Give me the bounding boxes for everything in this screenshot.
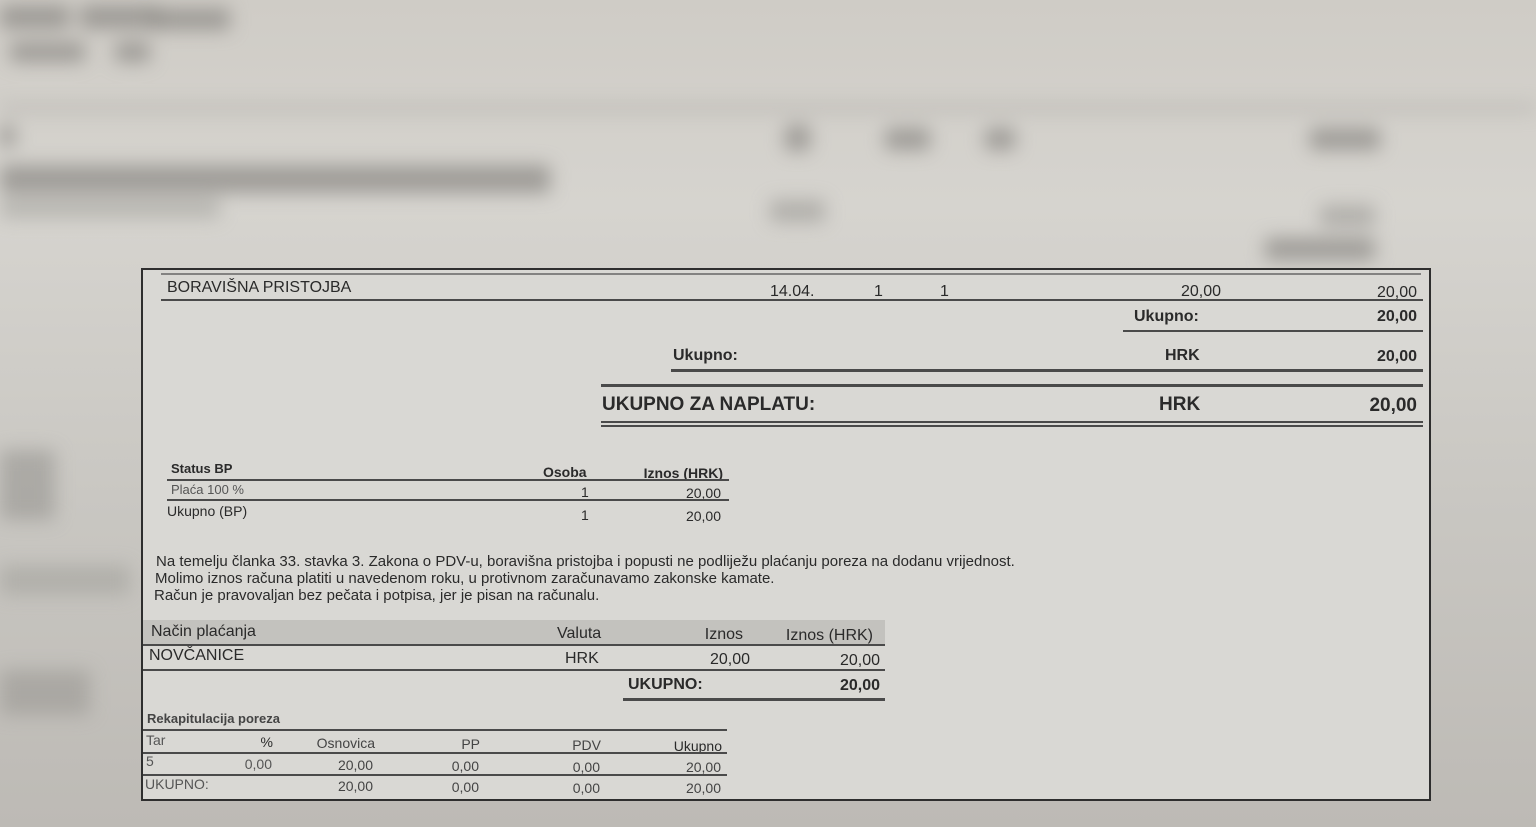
tax-row-pdv: 0,00: [523, 759, 600, 775]
tax-total-pdv: 0,00: [523, 780, 600, 796]
grand-total-currency: HRK: [1159, 394, 1200, 416]
payment-method: NOVČANICE: [149, 647, 244, 665]
bp-total-label: Ukupno (BP): [167, 503, 247, 519]
bp-header-osoba: Osoba: [543, 464, 587, 480]
total-label: Ukupno:: [673, 347, 738, 365]
bp-row-status: Plaća 100 %: [171, 482, 244, 497]
payment-header-amount: Iznos: [663, 626, 743, 644]
total-value: 20,00: [1329, 348, 1417, 366]
payment-header-method: Način plaćanja: [151, 623, 256, 641]
subtotal-value: 20,00: [1329, 308, 1417, 326]
payment-header-amount-hrk: Iznos (HRK): [753, 627, 873, 645]
payment-amount-hrk: 20,00: [783, 652, 880, 670]
payment-currency: HRK: [565, 650, 599, 668]
bp-total-osoba: 1: [581, 507, 589, 523]
tax-total-ukupno: 20,00: [633, 780, 721, 796]
payment-amount: 20,00: [663, 651, 750, 669]
tax-header-tar: Tar: [146, 732, 165, 748]
payment-header-currency: Valuta: [557, 625, 601, 643]
subtotal-label: Ukupno:: [1134, 308, 1199, 326]
grand-total-value: 20,00: [1319, 395, 1417, 417]
receipt: BORAVIŠNA PRISTOJBA 14.04. 1 1 20,00 20,…: [141, 268, 1431, 801]
tax-recap-title: Rekapitulacija poreza: [147, 711, 280, 726]
total-currency: HRK: [1165, 347, 1200, 365]
note-payment-term: Molimo iznos računa platiti u navedenom …: [155, 570, 774, 587]
tax-total-osnovica: 20,00: [283, 778, 373, 794]
tax-row-ukupno: 20,00: [633, 759, 721, 775]
payment-total-value: 20,00: [783, 677, 880, 695]
tax-row-osnovica: 20,00: [283, 757, 373, 773]
tax-header-osnovica: Osnovica: [283, 735, 375, 751]
note-vat: Na temelju članka 33. stavka 3. Zakona o…: [156, 553, 1015, 570]
bp-total-iznos: 20,00: [633, 508, 721, 524]
bp-header-status: Status BP: [171, 461, 232, 476]
tax-total-label: UKUPNO:: [145, 776, 209, 792]
tax-header-pdv: PDV: [523, 737, 601, 753]
tax-header-percent: %: [233, 734, 273, 750]
payment-total-label: UKUPNO:: [628, 676, 703, 694]
tax-total-pp: 0,00: [403, 779, 479, 795]
tax-row-pp: 0,00: [403, 758, 479, 774]
tax-row-percent: 0,00: [203, 756, 272, 772]
grand-total-label: UKUPNO ZA NAPLATU:: [602, 394, 815, 416]
item-name: BORAVIŠNA PRISTOJBA: [167, 279, 351, 297]
note-validity: Račun je pravovaljan bez pečata i potpis…: [154, 587, 599, 604]
tax-row-tar: 5: [146, 753, 154, 769]
tax-header-pp: PP: [403, 736, 480, 752]
bp-row-osoba: 1: [581, 484, 589, 500]
